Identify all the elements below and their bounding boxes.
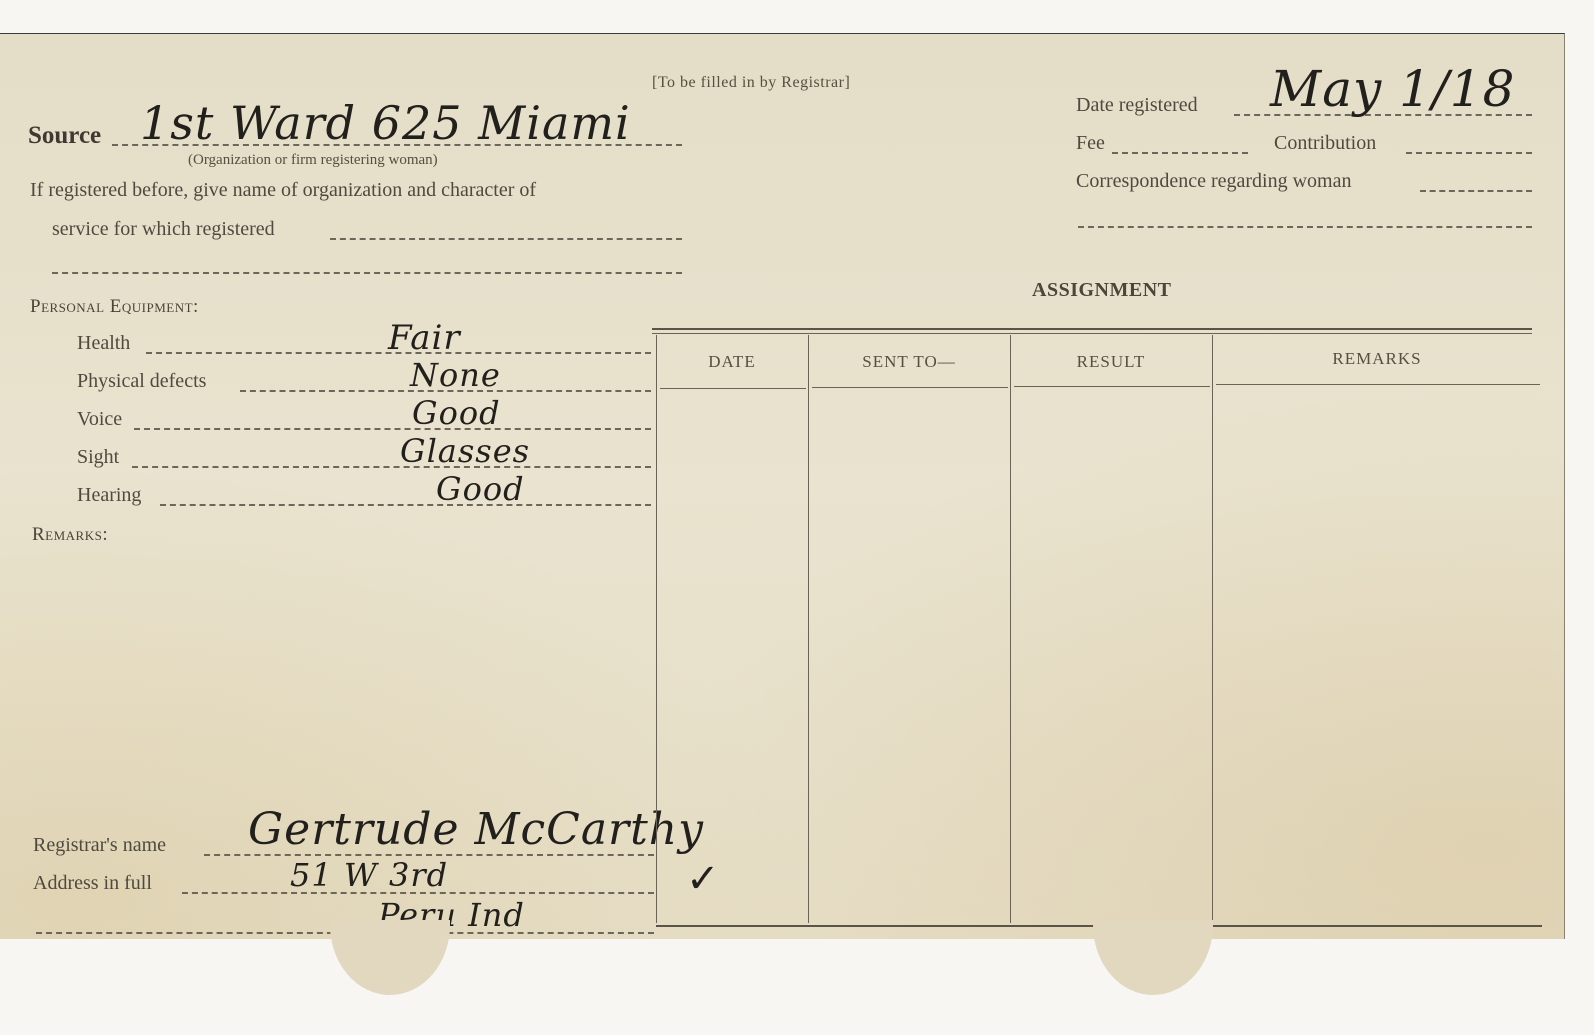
assignment-title: ASSIGNMENT <box>1032 279 1171 302</box>
registered-before-field[interactable] <box>330 238 682 240</box>
remarks-heading: Remarks: <box>32 524 108 546</box>
registrar-name-label: Registrar's name <box>33 834 166 857</box>
registered-before-text: If registered before, give name of organ… <box>30 179 536 202</box>
fee-field[interactable] <box>1112 152 1248 154</box>
sight-line <box>132 466 651 468</box>
date-registered-label: Date registered <box>1076 94 1198 117</box>
source-caption: (Organization or firm registering woman) <box>188 152 438 169</box>
index-tab-right <box>1093 920 1213 995</box>
correspondence-field-2[interactable] <box>1078 226 1532 228</box>
table-left-border <box>656 335 657 923</box>
sight-label: Sight <box>77 446 119 469</box>
correspondence-label: Correspondence regarding woman <box>1076 170 1351 193</box>
header-rule-2 <box>812 387 1008 388</box>
date-registered-value[interactable]: May 1/18 <box>1270 60 1515 118</box>
remarks-area[interactable] <box>32 554 632 814</box>
voice-line <box>134 428 651 430</box>
physical-defects-value[interactable]: None <box>410 356 501 394</box>
health-label: Health <box>77 332 130 355</box>
assignment-table-body[interactable] <box>658 390 1538 922</box>
registrar-note: [To be filled in by Registrar] <box>652 74 850 92</box>
hearing-line <box>160 504 651 506</box>
col-header-remarks: REMARKS <box>1212 349 1542 369</box>
fee-label: Fee <box>1076 132 1105 155</box>
registrar-name-value[interactable]: Gertrude McCarthy <box>248 804 704 855</box>
health-value[interactable]: Fair <box>388 318 461 358</box>
col-header-sent-to: SENT TO— <box>808 352 1010 372</box>
personal-equipment-heading: Personal Equipment: <box>30 296 199 318</box>
voice-label: Voice <box>77 408 122 431</box>
col-header-result: RESULT <box>1010 352 1212 372</box>
index-tab-left <box>330 920 450 995</box>
voice-value[interactable]: Good <box>412 394 501 432</box>
registration-card: [To be filled in by Registrar] Source 1s… <box>0 33 1565 939</box>
registered-before-text-2: service for which registered <box>52 218 275 241</box>
physical-defects-label: Physical defects <box>77 370 206 393</box>
sight-value[interactable]: Glasses <box>400 432 530 470</box>
header-rule-4 <box>1216 384 1540 385</box>
col-header-date: DATE <box>656 352 808 372</box>
correspondence-field[interactable] <box>1420 190 1532 192</box>
source-value[interactable]: 1st Ward 625 Miami <box>140 96 631 150</box>
header-rule-3 <box>1014 386 1210 387</box>
header-rule-1 <box>660 388 806 389</box>
table-top-rule-2 <box>652 333 1532 334</box>
table-top-rule <box>652 328 1532 330</box>
source-label: Source <box>28 122 101 150</box>
address-value-1[interactable]: 51 W 3rd <box>290 856 448 894</box>
check-mark-icon: ✓ <box>686 856 721 902</box>
hearing-value[interactable]: Good <box>436 470 525 508</box>
registered-before-field-2[interactable] <box>52 272 682 274</box>
address-label: Address in full <box>33 872 152 895</box>
hearing-label: Hearing <box>77 484 141 507</box>
contribution-label: Contribution <box>1274 132 1376 155</box>
contribution-field[interactable] <box>1406 152 1532 154</box>
